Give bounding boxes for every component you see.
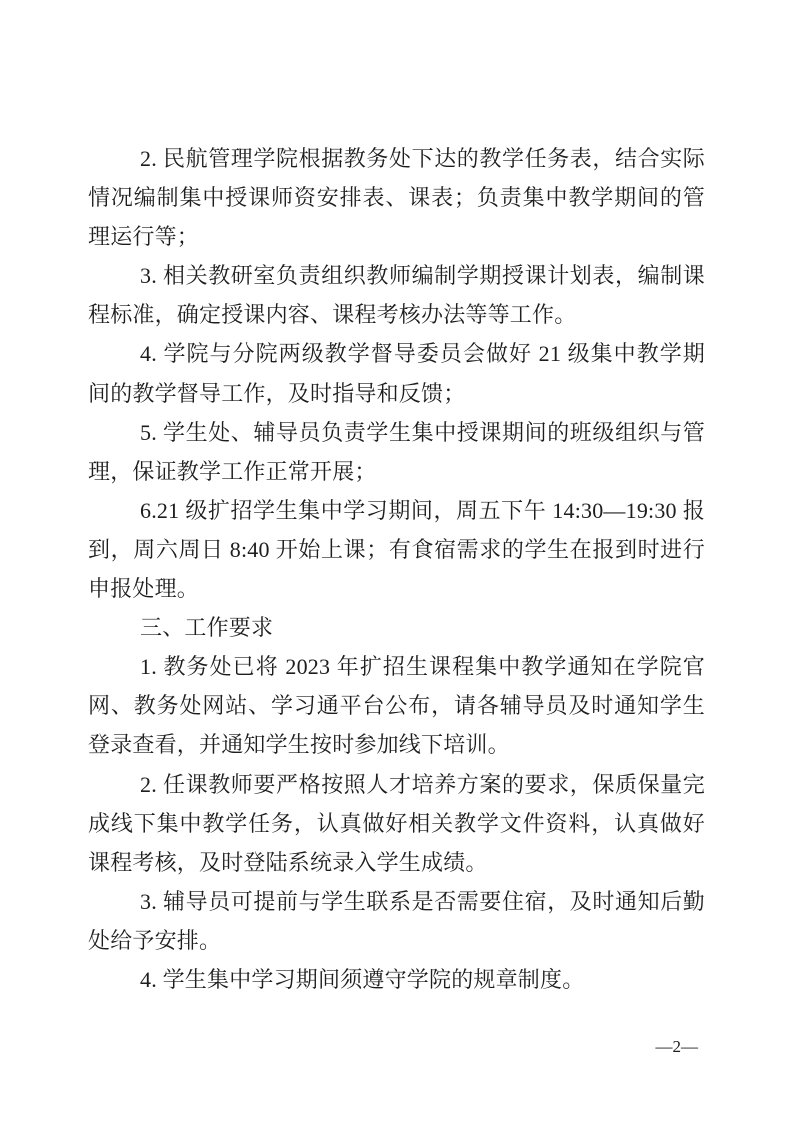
- paragraph: 1. 教务处已将 2023 年扩招生课程集中教学通知在学院官网、教务处网站、学习…: [88, 647, 705, 764]
- document-body: 2. 民航管理学院根据教务处下达的教学任务表，结合实际情况编制集中授课师资安排表…: [88, 139, 705, 999]
- paragraph: 6.21 级扩招学生集中学习期间，周五下午 14:30—19:30 报到，周六周…: [88, 491, 705, 608]
- paragraph: 5. 学生处、辅导员负责学生集中授课期间的班级组织与管理，保证教学工作正常开展；: [88, 413, 705, 491]
- paragraph: 4. 学院与分院两级教学督导委员会做好 21 级集中教学期间的教学督导工作，及时…: [88, 334, 705, 412]
- paragraph: 2. 民航管理学院根据教务处下达的教学任务表，结合实际情况编制集中授课师资安排表…: [88, 139, 705, 256]
- paragraph: 3. 相关教研室负责组织教师编制学期授课计划表，编制课程标准，确定授课内容、课程…: [88, 256, 705, 334]
- section-heading: 三、工作要求: [88, 608, 705, 647]
- paragraph: 2. 任课教师要严格按照人才培养方案的要求，保质保量完成线下集中教学任务，认真做…: [88, 765, 705, 882]
- paragraph: 3. 辅导员可提前与学生联系是否需要住宿，及时通知后勤处给予安排。: [88, 882, 705, 960]
- document-page: 2. 民航管理学院根据教务处下达的教学任务表，结合实际情况编制集中授课师资安排表…: [0, 0, 793, 1122]
- paragraph: 4. 学生集中学习期间须遵守学院的规章制度。: [88, 960, 705, 999]
- page-number: —2—: [656, 1037, 699, 1057]
